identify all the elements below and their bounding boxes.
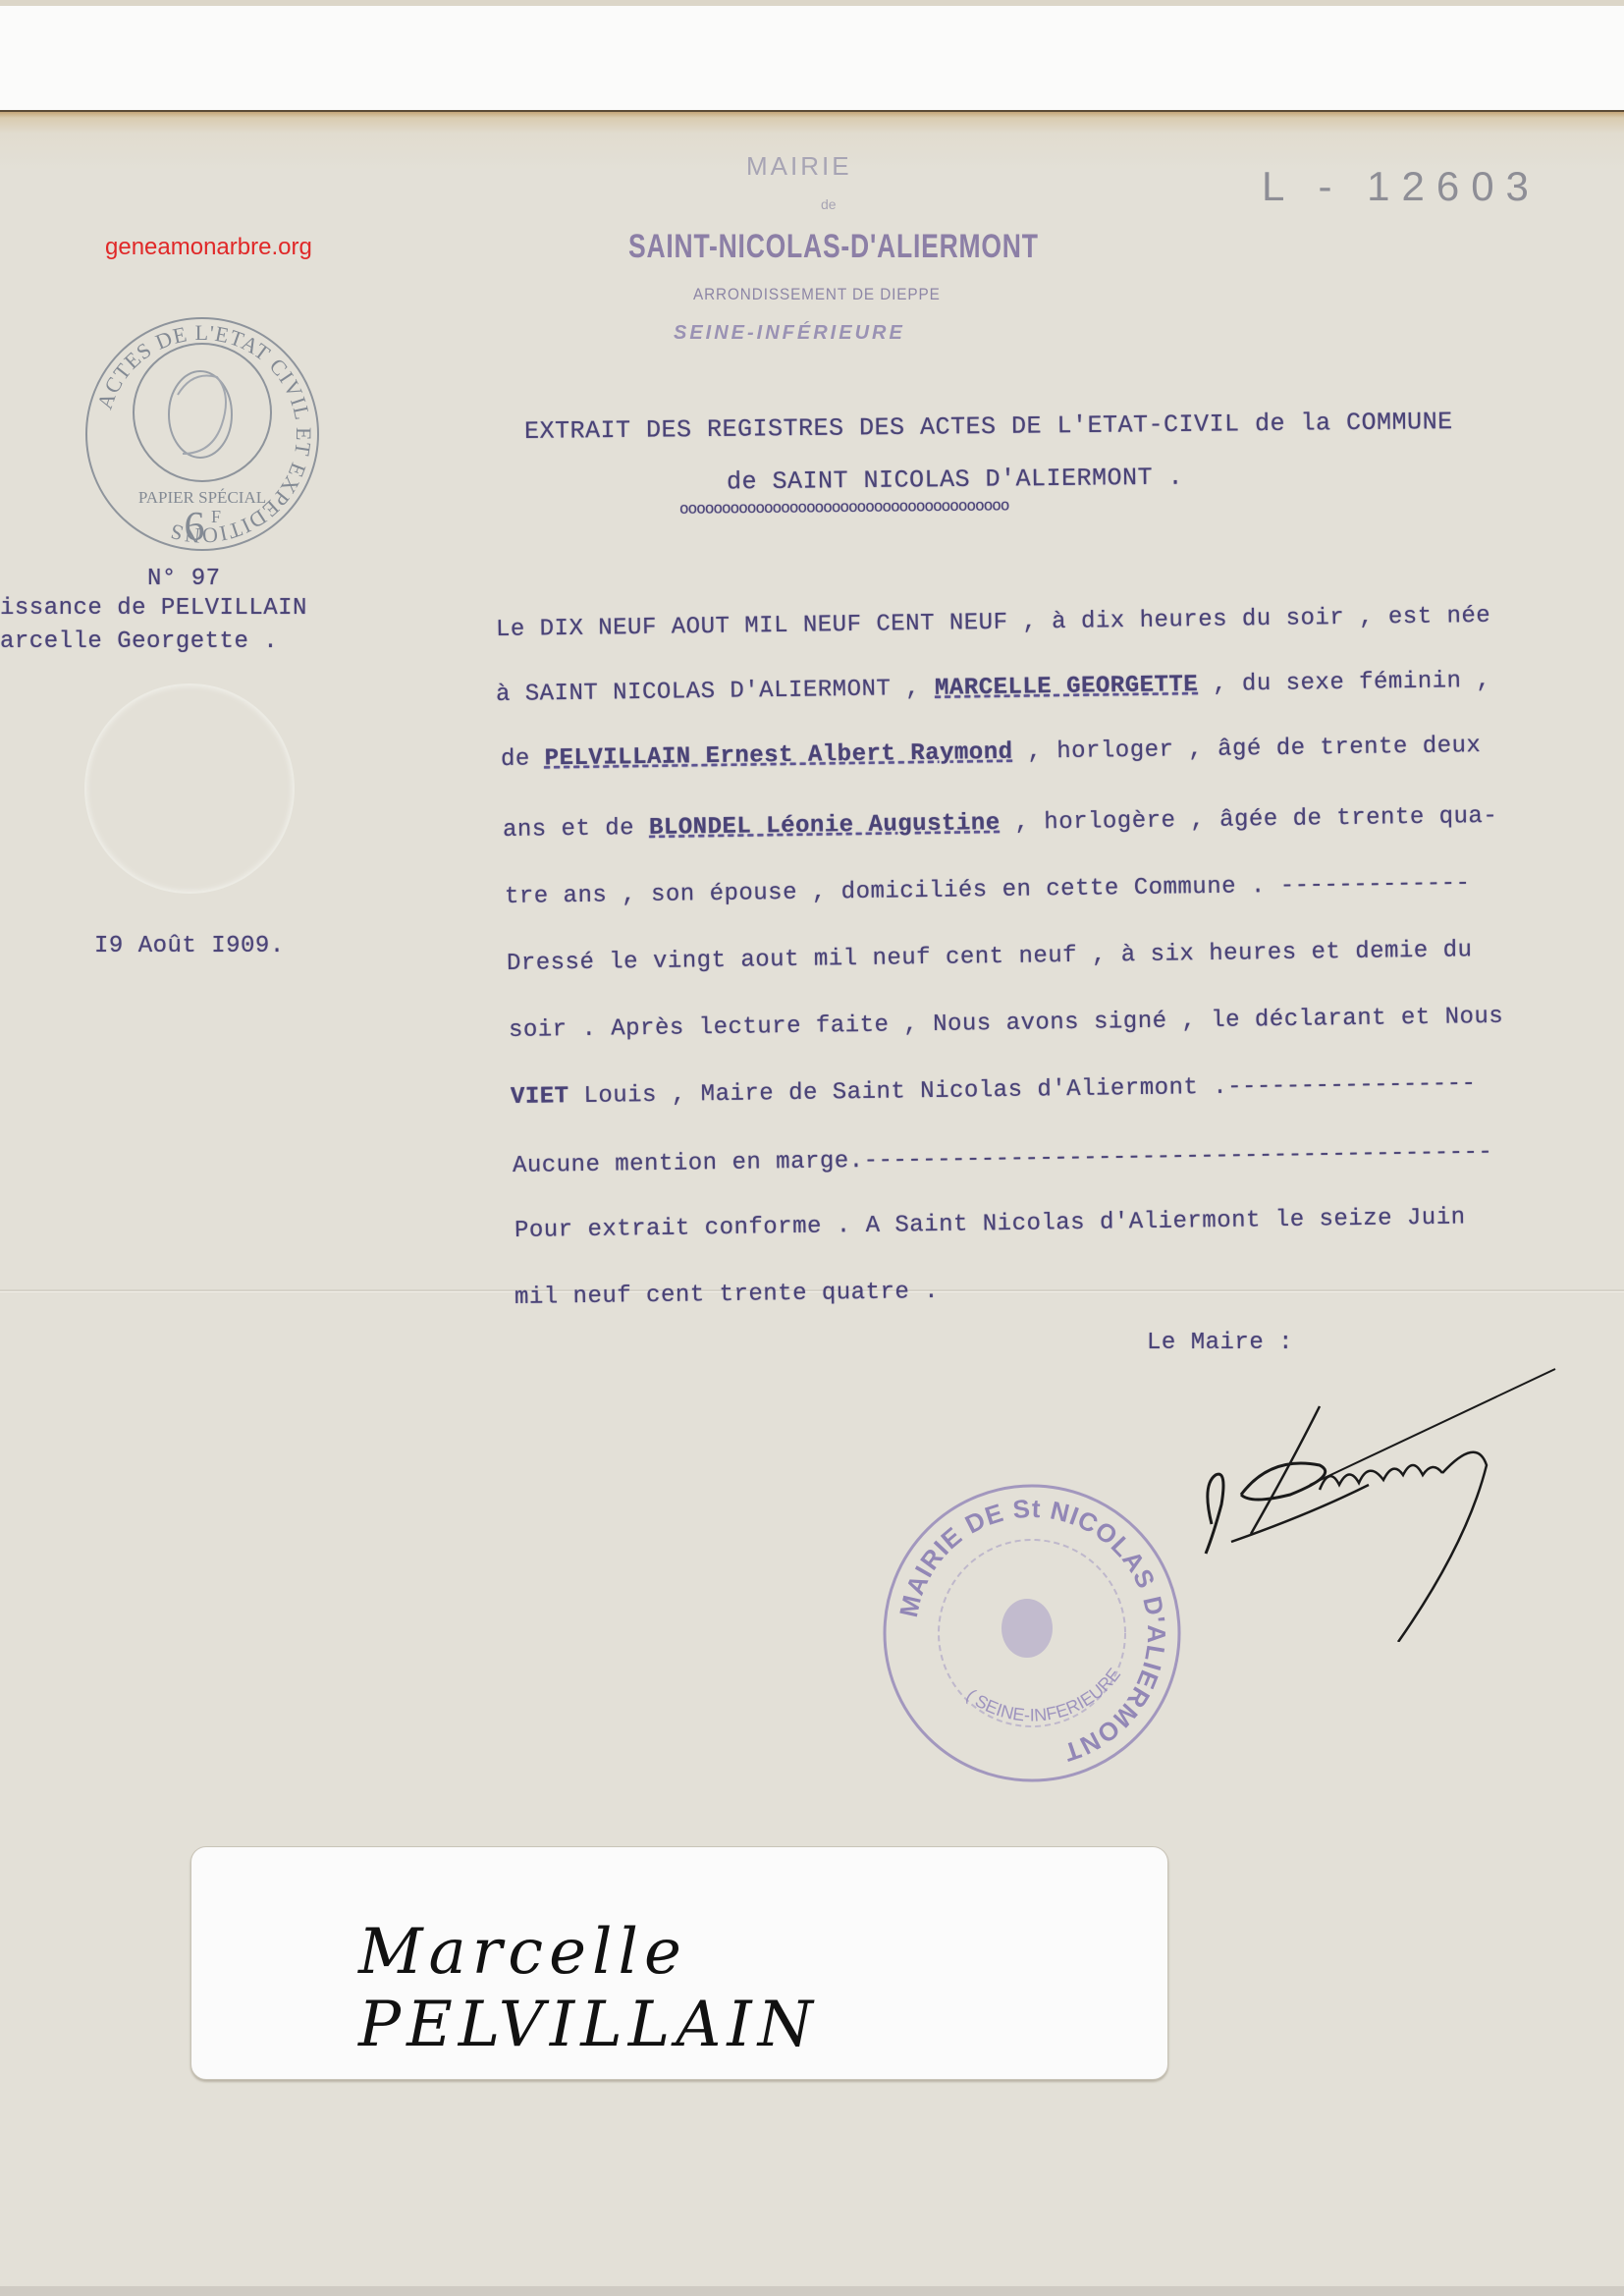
document-title-line-2: de SAINT NICOLAS D'ALIERMONT . bbox=[727, 464, 1183, 497]
child-name: MARCELLE GEORGETTE bbox=[935, 672, 1199, 702]
mayor-signature-icon bbox=[1192, 1367, 1604, 1642]
header-stamp-mairie: MAIRIE bbox=[746, 151, 852, 182]
reference-number: L - 12603 bbox=[1262, 163, 1541, 210]
mother-name: BLONDEL Léonie Augustine bbox=[649, 810, 1001, 842]
mayor-name: VIET bbox=[511, 1083, 569, 1111]
body-text: ans et de bbox=[503, 815, 649, 844]
margin-act-number: N° 97 bbox=[147, 566, 221, 592]
scan-top-strip bbox=[0, 0, 1624, 6]
svg-text:6: 6 bbox=[185, 505, 205, 550]
header-stamp-commune: SAINT-NICOLAS-D'ALIERMONT bbox=[628, 228, 1039, 266]
name-label-card: Marcelle PELVILLAIN bbox=[190, 1846, 1168, 2080]
mairie-seal-icon: MAIRIE DE St NICOLAS D'ALIERMONT ( SEINE… bbox=[880, 1481, 1184, 1785]
signature-label: Le Maire : bbox=[1147, 1330, 1293, 1356]
watermark-link[interactable]: geneamonarbre.org bbox=[105, 234, 312, 261]
margin-date: I9 Août I909. bbox=[94, 933, 285, 959]
margin-line-2: arcelle Georgette . bbox=[0, 629, 278, 655]
embossed-seal-icon bbox=[84, 683, 295, 894]
scan-bottom-edge bbox=[0, 2286, 1624, 2296]
header-stamp-arrondissement: ARRONDISSEMENT DE DIEPPE bbox=[693, 285, 941, 304]
fiscal-stamp-icon: ACTES DE L'ETAT CIVIL ET EXPEDITIONS PAP… bbox=[84, 316, 320, 552]
margin-line-1: issance de PELVILLAIN bbox=[0, 595, 307, 622]
header-stamp-departement: SEINE-INFÉRIEURE bbox=[674, 322, 905, 345]
svg-text:F: F bbox=[211, 507, 221, 526]
handwritten-name: Marcelle PELVILLAIN bbox=[358, 1916, 1167, 2061]
body-text: , du sexe féminin , bbox=[1198, 668, 1490, 698]
header-stamp-de: de bbox=[821, 196, 837, 212]
title-separator-dots: ooooooooooooooooooooooooooooooooooooooo bbox=[679, 497, 1009, 519]
body-text: de bbox=[501, 745, 545, 773]
